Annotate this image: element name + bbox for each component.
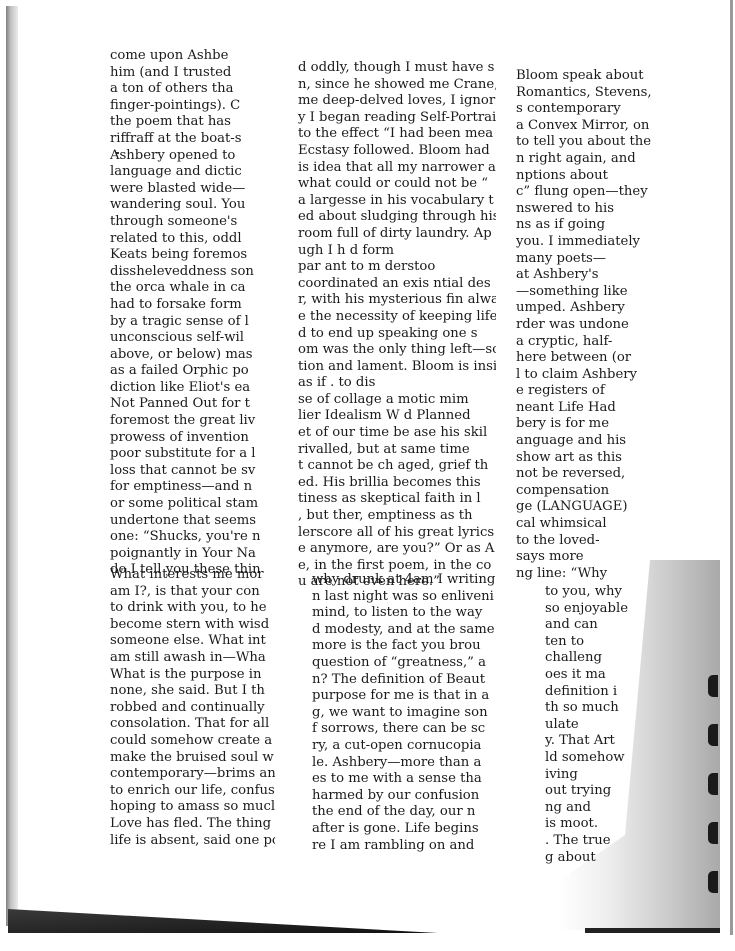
text-line: mind, to listen to the way (312, 605, 498, 622)
text-line: many poets— (516, 251, 686, 268)
text-line: none, she said. But I th (110, 683, 275, 700)
text-line: me deep-delved loves, I ignor (298, 93, 496, 110)
text-line: finger-pointings). C (110, 98, 272, 115)
binder-hole (708, 773, 718, 795)
text-line: at Ashbery's (516, 267, 686, 284)
text-line: hoping to amass so mucl (110, 799, 275, 816)
text-line: consolation. That for all (110, 716, 275, 733)
text-line: nptions about (516, 168, 686, 185)
text-line: d to end up speaking one s (298, 326, 496, 343)
text-line: om was the only thing left—so (298, 342, 496, 359)
text-line: related to this, oddl (110, 231, 272, 248)
column-left-top: come upon Ashbehim (and I trusteda ton o… (110, 48, 272, 579)
text-line: purpose for me is that in a (312, 688, 498, 705)
text-line: diction like Eliot's ea (110, 380, 272, 397)
text-line: bery is for me (516, 416, 686, 433)
text-line: Ecstasy followed. Bloom had (298, 143, 496, 160)
text-line: Keats being foremos (110, 247, 272, 264)
text-line: someone else. What int (110, 633, 275, 650)
text-line: n, since he showed me Crane, (298, 77, 496, 94)
text-line: ed about sludging through his (298, 209, 496, 226)
text-line: e anymore, are you?” Or as A (298, 541, 496, 558)
text-line: could somehow create a (110, 733, 275, 750)
text-line: y I began reading Self-Portrai (298, 110, 496, 127)
text-line: neant Life Had (516, 400, 686, 417)
text-line: lerscore all of his great lyrics (298, 525, 496, 542)
text-line: or some political stam (110, 496, 272, 513)
text-line: umped. Ashbery (516, 300, 686, 317)
text-line: ugh I h d form (298, 243, 496, 260)
text-line: lier Idealism W d Planned (298, 408, 496, 425)
text-line: one: “Shucks, you're n (110, 529, 272, 546)
text-line: ge (LANGUAGE) (516, 499, 686, 516)
text-line: the orca whale in ca (110, 280, 272, 297)
text-line: to you, why (545, 584, 665, 601)
text-line: what could or could not be “ (298, 176, 496, 193)
text-line: dissheleveddness son (110, 264, 272, 281)
text-line: unconscious self-wil (110, 330, 272, 347)
text-line: g, we want to imagine son (312, 705, 498, 722)
text-line: n last night was so enliveni (312, 589, 498, 606)
text-line: anguage and his (516, 433, 686, 450)
text-line: , but ther, emptiness as th (298, 508, 496, 525)
text-line: prowess of invention (110, 430, 272, 447)
text-line: ld somehow (545, 750, 665, 767)
text-line: par ant to m derstoo (298, 259, 496, 276)
text-line: undertone that seems (110, 513, 272, 530)
text-line: oes it ma (545, 667, 665, 684)
text-line: become stern with wisd (110, 617, 275, 634)
text-line: tion and lament. Bloom is insi (298, 359, 496, 376)
text-line: se of collage a motic mim (298, 392, 496, 409)
text-line: d oddly, though I must have s (298, 60, 496, 77)
binder-hole (708, 675, 718, 697)
text-line: am still awash in—Wha (110, 650, 275, 667)
text-line: poor substitute for a l (110, 446, 272, 463)
text-line: as if . to dis (298, 375, 496, 392)
text-line: —something like (516, 284, 686, 301)
text-line: compensation (516, 483, 686, 500)
text-line: here between (or (516, 350, 686, 367)
text-line: es to me with a sense tha (312, 771, 498, 788)
text-line: not be reversed, (516, 466, 686, 483)
text-line: come upon Ashbe (110, 48, 272, 65)
text-line: iving (545, 767, 665, 784)
text-line: were blasted wide— (110, 181, 272, 198)
text-line: ten to (545, 634, 665, 651)
text-line: to tell you about the (516, 134, 686, 151)
text-line: him (and I trusted (110, 65, 272, 82)
text-line: n? The definition of Beaut (312, 672, 498, 689)
text-line: ns as if going (516, 217, 686, 234)
binder-hole (708, 822, 718, 844)
text-line: out trying (545, 783, 665, 800)
binder-hole (708, 724, 718, 746)
text-line: ulate (545, 717, 665, 734)
text-line: ed. His brillia becomes this (298, 475, 496, 492)
text-line: why drunk at 4am I writing (312, 572, 498, 589)
text-line: Romantics, Stevens, (516, 85, 686, 102)
text-line: r, with his mysterious fin alway (298, 292, 496, 309)
text-line: make the bruised soul w (110, 750, 275, 767)
text-line: a ton of others tha (110, 81, 272, 98)
text-line: says more (516, 549, 686, 566)
page-edge-right (730, 0, 733, 935)
text-line: foremost the great liv (110, 413, 272, 430)
text-line: th so much (545, 700, 665, 717)
text-line: g about (545, 850, 665, 867)
text-line: had to forsake form (110, 297, 272, 314)
text-line: f sorrows, there can be sc (312, 721, 498, 738)
text-line: e registers of (516, 383, 686, 400)
text-line: a largesse in his vocabulary t (298, 193, 496, 210)
text-line: c” flung open—they (516, 184, 686, 201)
column-middle-top: d oddly, though I must have sn, since he… (298, 60, 496, 591)
text-line: riffraff at the boat-s (110, 131, 272, 148)
text-line: Bloom speak about (516, 68, 686, 85)
text-line: cal whimsical (516, 516, 686, 533)
text-line: Not Panned Out for t (110, 396, 272, 413)
text-line: so enjoyable (545, 601, 665, 618)
column-middle-bottom: why drunk at 4am I writingn last night w… (312, 572, 498, 854)
text-line: room full of dirty laundry. Ap (298, 226, 496, 243)
text-line: y. That Art (545, 733, 665, 750)
text-line: le. Ashbery—more than a (312, 755, 498, 772)
text-line: for emptiness—and n (110, 479, 272, 496)
text-line: What interests me mor (110, 567, 275, 584)
text-line: and can (545, 617, 665, 634)
text-line: more is the fact you brou (312, 638, 498, 655)
text-line: am I?, is that your con (110, 584, 275, 601)
text-line: is idea that all my narrower a (298, 160, 496, 177)
text-line: to the loved- (516, 533, 686, 550)
page-edge-shadow-left (6, 6, 18, 926)
text-line: a cryptic, half- (516, 334, 686, 351)
text-line: contemporary—brims an (110, 766, 275, 783)
text-line: e the necessity of keeping life (298, 309, 496, 326)
text-line: show art as this (516, 450, 686, 467)
text-line: as a failed Orphic po (110, 363, 272, 380)
bottom-edge-shadow-right (585, 928, 720, 933)
text-line: definition i (545, 684, 665, 701)
text-line: What is the purpose in (110, 667, 275, 684)
text-line: through someone's (110, 214, 272, 231)
text-line: question of “greatness,” a (312, 655, 498, 672)
text-line: loss that cannot be sv (110, 463, 272, 480)
text-line: language and dictic (110, 164, 272, 181)
text-line: re I am rambling on and (312, 838, 498, 855)
text-line: harmed by our confusion (312, 788, 498, 805)
text-line: d modesty, and at the same (312, 622, 498, 639)
text-line: the end of the day, our n (312, 804, 498, 821)
text-line: after is gone. Life begins (312, 821, 498, 838)
text-line: wandering soul. You (110, 197, 272, 214)
text-line: ng line: “Why (516, 566, 686, 583)
text-line: life is absent, said one pc (110, 833, 275, 850)
text-line: above, or below) mas (110, 347, 272, 364)
text-line: s contemporary (516, 101, 686, 118)
text-line: t cannot be ch aged, grief th (298, 458, 496, 475)
text-line: Love has fled. The thing (110, 816, 275, 833)
text-line: ry, a cut-open cornucopia (312, 738, 498, 755)
text-line: . The true (545, 833, 665, 850)
text-line: robbed and continually (110, 700, 275, 717)
text-line: to enrich our life, confus (110, 783, 275, 800)
text-line: you. I immediately (516, 234, 686, 251)
text-line: the poem that has (110, 114, 272, 131)
text-line: poignantly in Your Na (110, 546, 272, 563)
text-line: l to claim Ashbery (516, 367, 686, 384)
text-line: a Convex Mirror, on (516, 118, 686, 135)
text-line: coordinated an exis ntial des (298, 276, 496, 293)
text-line: is moot. (545, 816, 665, 833)
column-right-bottom: to you, whyso enjoyableand canten tochal… (545, 584, 665, 866)
binder-hole (708, 871, 718, 893)
text-line: challeng (545, 650, 665, 667)
text-line: ng and (545, 800, 665, 817)
text-line: to drink with you, to he (110, 600, 275, 617)
text-line: Ashbery opened to (110, 148, 272, 165)
text-line: et of our time be ase his skil (298, 425, 496, 442)
text-line: tiness as skeptical faith in l (298, 491, 496, 508)
binder-holes (708, 675, 720, 915)
text-line: rivalled, but at same time (298, 442, 496, 459)
text-line: rder was undone (516, 317, 686, 334)
text-line: to the effect “I had been mea (298, 126, 496, 143)
text-line: n right again, and (516, 151, 686, 168)
text-line: by a tragic sense of l (110, 314, 272, 331)
column-right-top: Bloom speak aboutRomantics, Stevens,s co… (516, 68, 686, 582)
column-left-bottom: What interests me moram I?, is that your… (110, 567, 275, 849)
bottom-edge-shadow (8, 909, 438, 933)
text-line: nswered to his (516, 201, 686, 218)
